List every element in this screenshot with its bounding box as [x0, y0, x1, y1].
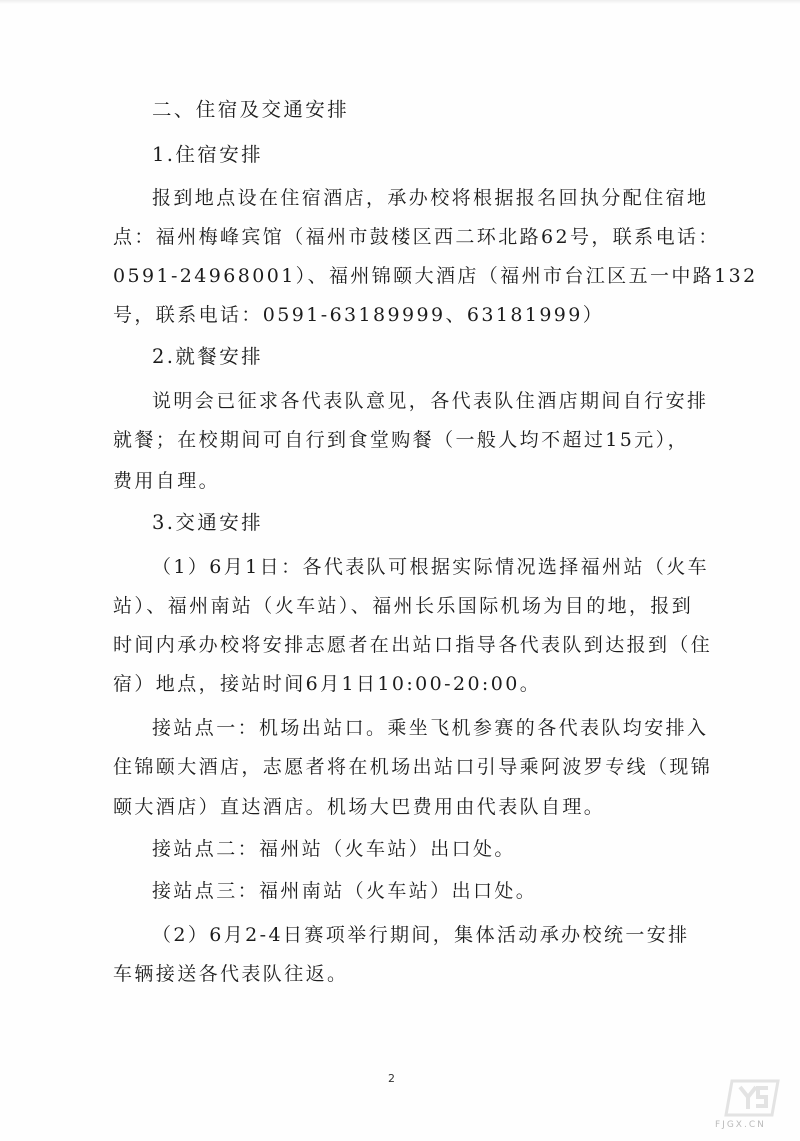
paragraph-line: 号，联系电话：0591-63189999、63181999）: [113, 300, 689, 330]
page-number: 2: [388, 1072, 395, 1085]
pickup-point-1-line: 接站点一：机场出站口。乘坐飞机参赛的各代表队均安排入: [152, 713, 689, 743]
paragraph-line: 点：福州梅峰宾馆（福州市鼓楼区西二环北路62号，联系电话：: [113, 222, 689, 252]
paragraph-line: 就餐；在校期间可自行到食堂购餐（一般人均不超过15元），: [113, 425, 689, 455]
paragraph-line: 报到地点设在住宿酒店，承办校将根据报名回执分配住宿地: [152, 183, 689, 213]
paragraph-line: 费用自理。: [113, 466, 689, 496]
paragraph-line: 宿）地点，接站时间6月1日10:00-20:00。: [113, 669, 689, 699]
paragraph-line: 站）、福州南站（火车站）、福州长乐国际机场为目的地，报到: [113, 591, 689, 621]
paragraph-line: 时间内承办校将安排志愿者在出站口指导各代表队到达报到（住: [113, 630, 689, 660]
paragraph-line: （1）6月1日：各代表队可根据实际情况选择福州站（火车: [152, 552, 689, 582]
section-title: 二、住宿及交通安排: [152, 95, 689, 125]
paragraph-line: 0591-24968001）、福州锦颐大酒店（福州市台江区五一中路132: [113, 261, 689, 291]
item-2-line: 车辆接送各代表队往返。: [113, 959, 689, 989]
subsection-heading-accommodation: 1.住宿安排: [152, 140, 689, 170]
item-2-line: （2）6月2-4日赛项举行期间，集体活动承办校统一安排: [152, 920, 689, 950]
watermark-text: FJGX.CN: [715, 1120, 766, 1130]
pickup-point-3: 接站点三：福州南站（火车站）出口处。: [152, 876, 689, 906]
subsection-heading-dining: 2.就餐安排: [152, 342, 689, 372]
paragraph-line: 说明会已征求各代表队意见，各代表队住酒店期间自行安排: [152, 386, 689, 416]
pickup-point-1-line: 住锦颐大酒店，志愿者将在机场出站口引导乘阿波罗专线（现锦: [113, 752, 689, 782]
scan-edge: [0, 0, 800, 4]
pickup-point-1-line: 颐大酒店）直达酒店。机场大巴费用由代表队自理。: [113, 792, 689, 822]
pickup-point-2: 接站点二：福州站（火车站）出口处。: [152, 834, 689, 864]
document-page: 二、住宿及交通安排 1.住宿安排 报到地点设在住宿酒店，承办校将根据报名回执分配…: [0, 0, 800, 1141]
subsection-heading-transport: 3.交通安排: [152, 508, 689, 538]
